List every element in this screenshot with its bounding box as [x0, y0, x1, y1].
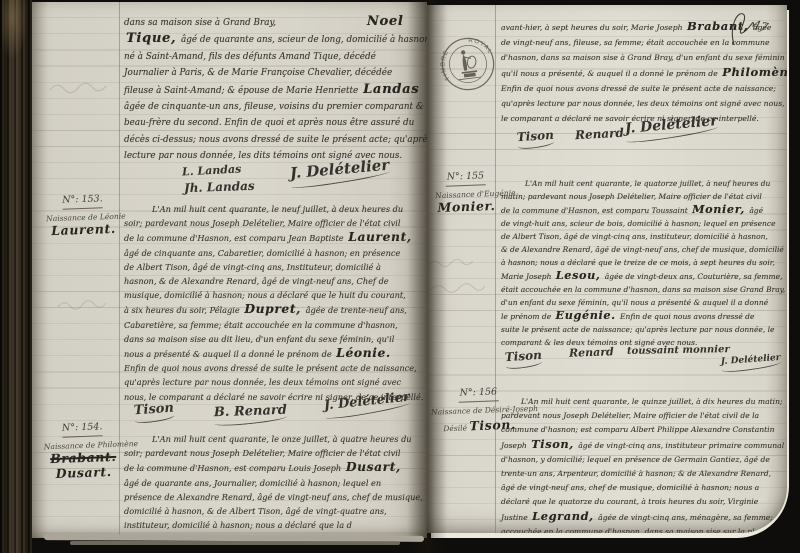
- margin-underline: [63, 207, 103, 209]
- handwriting-line: & de Alexandre Renard, âgé de vingt-neuf…: [501, 243, 779, 256]
- ink-bleed-mark: [429, 281, 487, 297]
- act-number: N°: 155: [434, 170, 496, 183]
- handwriting-line: à hasnon; nous a déclaré que le treize d…: [501, 256, 779, 269]
- handwriting-line: âgé de vingt-neuf ans, chef de musique, …: [501, 481, 779, 495]
- handwriting-line: de la commune d'Hasnon, est comparu Loui…: [124, 460, 426, 475]
- page-stack-edge: [70, 541, 400, 545]
- left-page: dans sa maison sise à Grand Bray, Noel T…: [32, 2, 427, 538]
- handwriting-line: L'An mil huit cent quarante, le quatorze…: [501, 177, 779, 190]
- handwriting-line: beau-frère du second. Enfin de quoi et a…: [124, 115, 426, 131]
- svg-text:TIMBRE: TIMBRE: [437, 48, 454, 83]
- handwriting-line: L'An mil huit cent quarante, le onze jui…: [124, 432, 426, 446]
- handwriting-line: nous a présenté & auquel il a donné le p…: [124, 346, 426, 361]
- handwriting-line: de Albert Tison, âgé de vingt-cinq ans, …: [501, 230, 779, 243]
- right-page: TIMBRE ROYAL 47 avant-hier, à sept heure…: [427, 5, 787, 533]
- handwriting-line: de vingt-huit ans, scieur de bois, domic…: [501, 217, 779, 230]
- handwriting-line: d'hasnon, y domicilié; lequel en présenc…: [501, 453, 779, 467]
- handwriting-line: soir; pardevant nous Joseph Delételier, …: [124, 216, 426, 230]
- handwriting-line: de Albert Tison, âgé de vingt-cinq ans, …: [124, 260, 426, 274]
- handwriting-line: fileuse à Saint-Amand; & épouse de Marie…: [124, 82, 426, 99]
- handwriting-line: trente-un ans, Arpenteur, domicilié à ha…: [501, 467, 779, 481]
- handwriting-line: suite le présent acte de naissance; qu'a…: [501, 323, 779, 336]
- handwriting-line: Tique, âgé de quarante ans, scieur de lo…: [124, 31, 426, 48]
- margin-note-154: N°: 154. Naissance de Philomène Brabant.…: [43, 421, 123, 482]
- margin-caption-prefix: Désilé: [443, 423, 470, 433]
- signature-monnier: toussaint monnier: [627, 344, 730, 357]
- margin-underline: [459, 400, 499, 402]
- handwriting-line: hasnon, & de Alexandre Renard, âgé de vi…: [124, 274, 426, 288]
- act-body-156-tison: L'An mil huit cent quarante, le quinze j…: [501, 395, 779, 533]
- signature-tison: Tison: [504, 348, 542, 370]
- stamp-figure: [455, 48, 482, 79]
- handwriting-line: âgée de cinquante-un ans, fileuse, voisi…: [124, 99, 426, 115]
- handwriting-line: de vingt-neuf ans, fileuse, sa femme; ét…: [501, 35, 779, 50]
- act-body-tique-continuation: dans sa maison sise à Grand Bray, Noel T…: [124, 14, 426, 165]
- act-body-153-laurent: L'An mil huit cent quarante, le neuf jui…: [124, 202, 426, 404]
- stamp-word-timbre: TIMBRE: [437, 48, 454, 83]
- handwriting-line: né à Saint-Amand, fils des défunts Amand…: [124, 49, 426, 65]
- margin-surname: Laurent.: [46, 221, 120, 239]
- handwriting-line: d'hasnon, dans sa maison sise à Grand Br…: [501, 50, 779, 65]
- handwriting-line: avant-hier, à sept heures du soir, Marie…: [501, 19, 779, 35]
- act-body-154-continuation: avant-hier, à sept heures du soir, Marie…: [501, 19, 779, 126]
- handwriting-line: L'An mil huit cent quarante, le neuf jui…: [124, 202, 426, 216]
- signature-tison: Tison: [516, 128, 554, 150]
- handwriting-line: domicilié à hasnon, & de Albert Tison, â…: [124, 504, 426, 518]
- timbre-royal-stamp: TIMBRE ROYAL: [436, 32, 501, 97]
- handwriting-line: présence de Alexandre Renard, âgé de vin…: [124, 490, 426, 504]
- handwriting-line: musique, domicilié à hasnon; nous a décl…: [124, 288, 426, 302]
- handwriting-line: pardevant nous Joseph Delételier, Maire …: [501, 409, 779, 423]
- handwriting-line: soir; pardevant nous Joseph Delételier, …: [124, 446, 426, 460]
- handwriting-line: Enfin de quoi nous avons dressé de suite…: [124, 361, 426, 375]
- margin-surname: Dusart.: [45, 464, 123, 482]
- handwriting-line: Marie Joseph Lesou, âgée de vingt-deux a…: [501, 269, 779, 283]
- act-body-155-monier: L'An mil huit cent quarante, le quatorze…: [501, 177, 779, 349]
- handwriting-line: le prénom de Eugénie. Enfin de quoi nous…: [501, 309, 779, 323]
- ink-bleed-mark: [56, 298, 108, 314]
- handwriting-line: était accouchée en la commune d'hasnon, …: [501, 283, 779, 296]
- handwriting-line: Cabaretière, sa femme; était accouchée e…: [124, 318, 426, 332]
- handwriting-line: instituteur, domicilié à hasnon; nous a …: [124, 518, 426, 532]
- handwriting-line: qu'après lecture par nous donnée, les de…: [124, 375, 426, 389]
- signature-mayor: J. Delételier: [721, 353, 782, 372]
- act-number: N°: 153.: [45, 193, 119, 207]
- handwriting-line: qu'il nous a présenté, & auquel il a don…: [501, 65, 779, 81]
- handwriting-line: décès ci-dessus; nous avons dressé de su…: [124, 132, 426, 148]
- handwriting-line: Journalier à Paris, & de Marie Françoise…: [124, 65, 426, 81]
- handwriting-line: déclaré que le quatorze du courant, à tr…: [501, 495, 779, 509]
- margin-note-155: N°: 155 Naissance d'Eugénie Monier.: [434, 170, 497, 215]
- handwriting-line: à six heures du soir, Pélagie Dupret, âg…: [124, 302, 426, 317]
- register-photo: dans sa maison sise à Grand Bray, Noel T…: [0, 0, 800, 553]
- act-body-154-dusart: L'An mil huit cent quarante, le onze jui…: [124, 432, 426, 532]
- handwriting-line: de la commune d'Hasnon, est comparu Jean…: [124, 230, 426, 245]
- handwriting-line: âgé de cinquante ans, Cabaretier, domici…: [124, 246, 426, 260]
- act-number: N°: 154.: [43, 421, 121, 435]
- ink-bleed-mark: [48, 80, 110, 98]
- ink-bleed-mark: [427, 257, 473, 271]
- signature-renard: Renard: [575, 126, 624, 143]
- handwriting-line: âgé de quarante ans, Journalier, domicil…: [124, 476, 426, 490]
- margin-note-153: N°: 153. Naissance de Léonie Laurent.: [45, 193, 120, 239]
- signature-landas-2: Jh. Landas: [184, 179, 255, 195]
- handwriting-line: commune d'hasnon; est comparu Albert Phi…: [501, 423, 779, 437]
- handwriting-line: L'An mil huit cent quarante, le quinze j…: [501, 395, 779, 409]
- handwriting-line: dans sa maison sise à Grand Bray, Noel: [124, 14, 426, 31]
- handwriting-line: Joseph Tison, âgé de vingt-cinq ans, ins…: [501, 437, 779, 453]
- handwriting-line: qu'après lecture par nous donnée, les de…: [501, 96, 779, 111]
- signature-landas-1: L. Landas: [182, 162, 242, 178]
- signature-renard: B. Renard: [214, 403, 288, 426]
- handwriting-line: d'un enfant du sexe féminin, qu'il nous …: [501, 296, 779, 309]
- signature-renard: Renard: [569, 345, 614, 360]
- handwriting-line: Enfin de quoi nous avons dressé de suite…: [501, 81, 779, 96]
- handwriting-line: Justine Legrand, âgée de vingt-cinq ans,…: [501, 509, 779, 525]
- margin-underline: [62, 435, 102, 437]
- margin-underline: [446, 184, 486, 186]
- margin-surname: Monier.: [435, 198, 497, 215]
- handwriting-line: dans sa maison sise au dit lieu, d'un en…: [124, 332, 426, 346]
- handwriting-line: accouchée en la commune d'hasnon, dans s…: [501, 525, 779, 533]
- book-fore-edge: [0, 0, 32, 553]
- signature-tison: Tison: [133, 401, 174, 424]
- handwriting-line: de la commune d'Hasnon, est comparu Tous…: [501, 203, 779, 217]
